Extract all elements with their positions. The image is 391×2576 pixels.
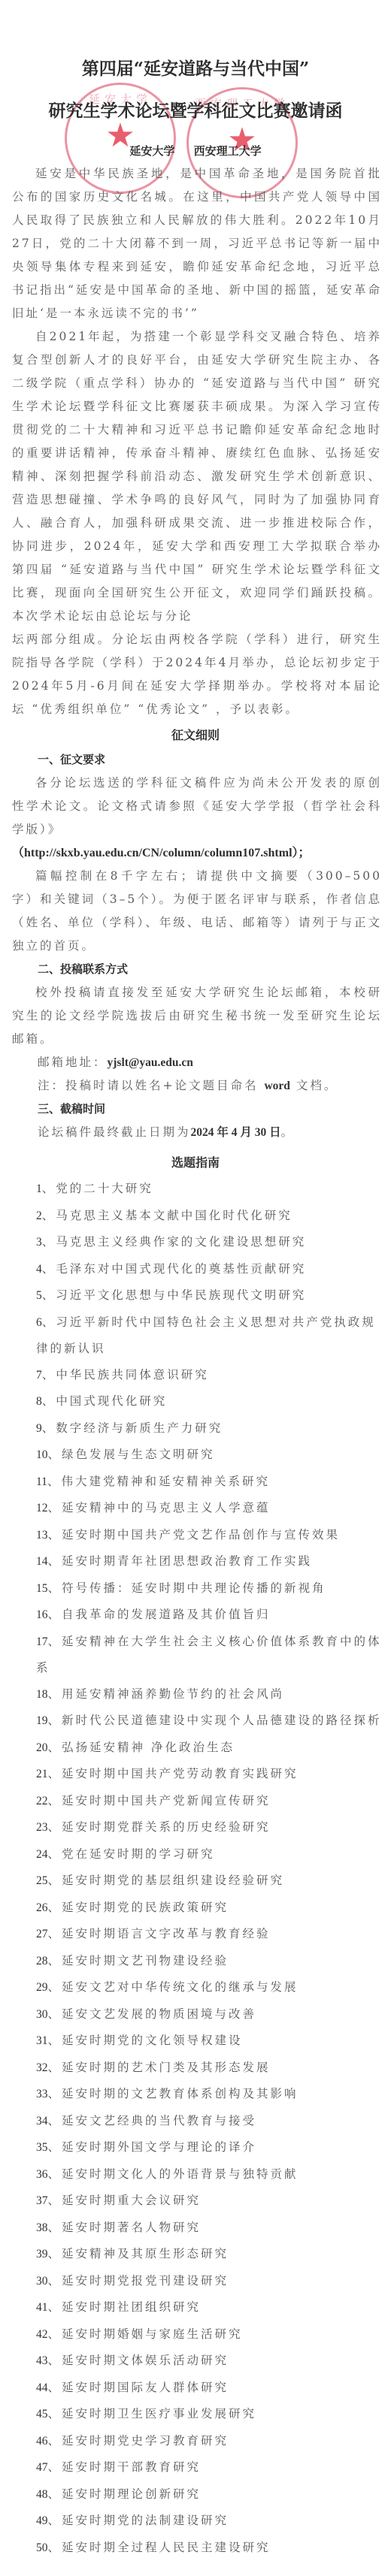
intro-paragraph-2: 自2021年起，为搭建一个彰显学科交叉融合特色、培养复合型创新人才的良好平台，由…: [0, 325, 391, 628]
topic-separator: 、: [48, 1980, 62, 1994]
topic-separator: 、: [42, 1182, 56, 1195]
topic-number: 43: [36, 2354, 48, 2367]
topic-text: 党在延安时期的学习研究: [62, 1847, 215, 1861]
topic-item: 44、延安时期国际友人群体研究: [0, 2375, 383, 2402]
note-word: word: [264, 1080, 289, 1092]
topic-number: 4: [36, 1263, 42, 1276]
topic-item: 34、延安文艺经典的当代教育与接受: [0, 2108, 383, 2135]
topic-text: 延安时期重大会议研究: [62, 2194, 201, 2207]
topic-text: 延安精神在大学生社会主义核心价值体系教育中的体系: [36, 1635, 382, 1675]
topic-item: 45、延安时期卫生医疗事业发展研究: [0, 2401, 383, 2428]
topic-item: 37、延安时期重大会议研究: [0, 2188, 383, 2215]
intro-paragraph-1: 延安是中华民族圣地，是中国革命圣地，是国务院首批公布的国家历史文化名城。在这里，…: [0, 162, 391, 325]
topic-item: 14、延安时期青年社团思想政治教育工作实践: [0, 1548, 383, 1575]
topic-separator: 、: [48, 1927, 62, 1940]
topic-text: 延安文艺对中华传统文化的继承与发展: [62, 1980, 299, 1994]
topic-text: 延安时期党的民族政策研究: [62, 1901, 229, 1914]
topic-number: 46: [36, 2435, 48, 2448]
topic-separator: 、: [42, 1394, 56, 1408]
organizer-xian-university-of-technology: 西安理工大学: [194, 144, 262, 158]
topic-text: 延安文艺经典的当代教育与接受: [62, 2114, 256, 2128]
document-title-line2: 研究生学术论坛暨学科征文比赛邀请函: [0, 99, 391, 123]
topic-number: 30: [36, 2008, 48, 2021]
topic-item: 11、伟大建党精神和延安精神关系研究: [0, 1469, 383, 1496]
topic-number: 50: [36, 2541, 48, 2554]
topic-item: 36、延安时期文化人的外语背景与独特贡献: [0, 2161, 383, 2188]
topic-separator: 、: [48, 2221, 62, 2234]
topic-text: 延安时期社团组织研究: [62, 2300, 201, 2314]
topic-text: 延安时期理论创新研究: [62, 2487, 201, 2501]
topic-number: 42: [36, 2328, 48, 2341]
topic-text: 延安文艺发展的物质困境与改善: [62, 2007, 256, 2021]
topic-text: 中华民族共同体意识研究: [56, 1368, 209, 1382]
topic-text: 延安时期中国共产党文艺作品创作与宣传效果: [62, 1528, 340, 1542]
topic-item: 3、马克思主义经典作家的文化建设思想研究: [0, 1229, 383, 1256]
topic-number: 24: [36, 1848, 48, 1861]
topic-separator: 、: [42, 1368, 56, 1382]
topic-separator: 、: [42, 1235, 56, 1249]
topic-number: 10: [36, 1448, 48, 1461]
section2-heading: 二、投稿联系方式: [0, 958, 391, 981]
top-margin: [0, 0, 391, 54]
topic-separator: 、: [48, 2541, 62, 2554]
topic-number: 25: [36, 1874, 48, 1887]
topic-separator: 、: [42, 1421, 56, 1435]
topic-separator: 、: [48, 2381, 62, 2394]
journal-format-link[interactable]: （http://skxb.yau.edu.cn/CN/column/column…: [0, 841, 391, 865]
topic-item: 12、延安精神中的马克思主义人学意蕴: [0, 1495, 383, 1522]
topic-text: 延安时期的文艺教育体系创构及其影响: [62, 2087, 299, 2100]
topic-number: 19: [36, 1714, 48, 1727]
topic-separator: 、: [48, 2274, 62, 2288]
topic-number: 41: [36, 2301, 48, 2314]
section1-paragraph-1: 各分论坛选送的学科征文稿件应为尚未公开发表的原创性学术论文。论文格式请参照《延安…: [0, 772, 391, 841]
topic-number: 3: [36, 1236, 42, 1249]
topic-text: 延安时期国际友人群体研究: [62, 2381, 229, 2394]
topic-number: 23: [36, 1821, 48, 1834]
topic-text: 延安精神中的马克思主义人学意蕴: [62, 1501, 271, 1514]
section3-heading: 三、截稿时间: [0, 1098, 391, 1121]
topic-item: 48、延安时期理论创新研究: [0, 2481, 383, 2508]
topic-text: 新时代公民道德建设中实现个人品德建设的路径探析: [62, 1714, 382, 1727]
topic-number: 18: [36, 1688, 48, 1701]
topic-separator: 、: [48, 2407, 62, 2420]
topic-number: 26: [36, 1901, 48, 1914]
topic-item: 50、延安时期全过程人民民主建设研究: [0, 2535, 383, 2562]
intro-paragraph-2-continued: 坛两部分组成。分论坛由两校各学院（学科）进行，研究生院指导各学院（学科）于202…: [0, 628, 391, 721]
topic-item: 33、延安时期的文艺教育体系创构及其影响: [0, 2081, 383, 2108]
topic-text: 延安时期党的文化领导权建设: [62, 2034, 243, 2047]
topic-separator: 、: [42, 1262, 56, 1276]
topic-separator: 、: [48, 1528, 62, 1542]
topic-item: 43、延安时期文体娱乐活动研究: [0, 2348, 383, 2375]
topic-text: 延安时期中国共产党新闻宣传研究: [62, 1794, 271, 1807]
topic-item: 29、延安文艺对中华传统文化的继承与发展: [0, 1974, 383, 2001]
topic-separator: 、: [42, 1209, 56, 1222]
topic-number: 22: [36, 1795, 48, 1807]
rules-title: 征文细则: [0, 724, 391, 747]
topic-separator: 、: [48, 2487, 62, 2501]
topic-separator: 、: [48, 2007, 62, 2021]
topic-number: 15: [36, 1582, 48, 1595]
topic-separator: 、: [48, 1554, 62, 1568]
topic-number: 17: [36, 1635, 48, 1648]
email-address-link[interactable]: yjslt@yau.edu.cn: [108, 1056, 193, 1069]
topic-item: 4、毛泽东对中国式现代化的奠基性贡献研究: [0, 1256, 383, 1283]
topic-number: 7: [36, 1369, 42, 1382]
topic-number: 28: [36, 1955, 48, 1967]
topic-text: 弘扬延安精神 净化政治生态: [62, 1741, 235, 1754]
topic-item: 13、延安时期中国共产党文艺作品创作与宣传效果: [0, 1522, 383, 1549]
topic-item: 41、延安时期社团组织研究: [0, 2294, 383, 2321]
topic-number: 31: [36, 2034, 48, 2047]
topic-text: 延安时期党报党刊建设研究: [62, 2274, 229, 2288]
topic-number: 29: [36, 1981, 48, 1994]
topic-item: 17、延安精神在大学生社会主义核心价值体系教育中的体系: [0, 1629, 383, 1681]
topic-text: 延安时期文艺刊物建设经验: [62, 1954, 229, 1967]
topic-item: 28、延安时期文艺刊物建设经验: [0, 1948, 383, 1975]
topic-text: 毛泽东对中国式现代化的奠基性贡献研究: [56, 1262, 306, 1276]
topic-text: 延安时期的艺术门类及其形态发展: [62, 2061, 271, 2074]
topic-separator: 、: [48, 1741, 62, 1754]
topic-separator: 、: [42, 1315, 56, 1329]
topic-item: 5、习近平文化思想与中华民族现代文明研究: [0, 1282, 383, 1309]
deadline-prefix: 论坛稿件最终截止日期为: [38, 1125, 191, 1139]
topic-text: 延安时期全过程人民民主建设研究: [62, 2541, 271, 2554]
section1-heading: 一、征文要求: [0, 748, 391, 772]
topic-separator: 、: [48, 2087, 62, 2100]
topic-text: 习近平新时代中国特色社会主义思想对共产党执政规律的新认识: [36, 1315, 376, 1356]
topic-item: 20、弘扬延安精神 净化政治生态: [0, 1735, 383, 1762]
topic-number: 1: [36, 1182, 42, 1195]
topic-number: 39: [36, 2248, 48, 2260]
topic-text: 延安时期党的基层组织建设经验研究: [62, 1874, 284, 1887]
topics-title: 选题指南: [0, 1152, 391, 1174]
deadline-line: 论坛稿件最终截止日期为2024 年 4 月 30 日。: [0, 1121, 391, 1144]
topic-number: 21: [36, 1768, 48, 1780]
topic-number: 2: [36, 1209, 42, 1222]
topic-number: 8: [36, 1395, 42, 1408]
topic-text: 延安时期党群关系的历史经验研究: [62, 1820, 271, 1834]
topic-separator: 、: [48, 1635, 62, 1648]
topic-item: 24、党在延安时期的学习研究: [0, 1841, 383, 1868]
topic-text: 延安时期婚姻与家庭生活研究: [62, 2327, 243, 2341]
topic-number: 27: [36, 1928, 48, 1940]
topic-number: 34: [36, 2115, 48, 2128]
topic-text: 自我革命的发展道路及其价值旨归: [62, 1608, 271, 1621]
topic-item: 39、延安精神及其原生形态研究: [0, 2241, 383, 2268]
topic-text: 延安精神及其原生形态研究: [62, 2247, 229, 2260]
topic-separator: 、: [48, 1608, 62, 1621]
organizer-yanan-university: 延安大学: [129, 144, 174, 158]
topic-separator: 、: [48, 1767, 62, 1780]
topic-separator: 、: [48, 2434, 62, 2448]
topic-separator: 、: [42, 1288, 56, 1302]
topic-separator: 、: [48, 2514, 62, 2527]
topic-text: 延安时期文体娱乐活动研究: [62, 2354, 229, 2367]
topic-separator: 、: [48, 2140, 62, 2154]
organizers: 延安大学 西安理工大学: [0, 143, 391, 159]
topic-separator: 、: [48, 1901, 62, 1914]
topic-item: 6、习近平新时代中国特色社会主义思想对共产党执政规律的新认识: [0, 1309, 383, 1362]
topic-text: 延安时期中国共产党劳动教育实践研究: [62, 1767, 299, 1780]
section2-paragraph-1: 校外投稿请直接发至延安大学研究生论坛邮箱，本校研究生的论文经学院选拔后由研究生秘…: [0, 981, 391, 1051]
topic-text: 中国式现代化研究: [56, 1394, 167, 1408]
topic-item: 26、延安时期党的民族政策研究: [0, 1895, 383, 1922]
topic-number: 48: [36, 2488, 48, 2501]
topic-text: 马克思主义经典作家的文化建设思想研究: [56, 1235, 306, 1249]
topic-text: 延安时期文化人的外语背景与独特贡献: [62, 2167, 299, 2181]
topic-text: 马克思主义基本文献中国化时代化研究: [56, 1209, 292, 1222]
topic-number: 11: [36, 1475, 47, 1488]
topic-text: 延安时期外国文学与理论的译介: [62, 2140, 256, 2154]
topic-separator: 、: [48, 1847, 62, 1861]
topic-separator: 、: [47, 1475, 62, 1488]
topic-item: 32、延安时期的艺术门类及其形态发展: [0, 2055, 383, 2082]
document-title-line1: 第四届“延安道路与当代中国”: [0, 57, 391, 81]
topic-separator: 、: [48, 1874, 62, 1887]
topic-text: 延安时期干部教育研究: [62, 2460, 201, 2474]
topic-text: 延安时期党的法制建设研究: [62, 2514, 229, 2527]
topic-separator: 、: [48, 1820, 62, 1834]
email-line: 邮箱地址：yjslt@yau.edu.cn: [0, 1051, 391, 1074]
topic-item: 30、延安文艺发展的物质困境与改善: [0, 2001, 383, 2028]
topic-number: 38: [36, 2221, 48, 2234]
topic-number: 5: [36, 1289, 42, 1302]
topic-separator: 、: [48, 1501, 62, 1514]
topic-item: 25、延安时期党的基层组织建设经验研究: [0, 1868, 383, 1895]
topic-item: 1、党的二十大研究: [0, 1176, 383, 1203]
topic-number: 30: [36, 2275, 48, 2288]
topic-item: 22、延安时期中国共产党新闻宣传研究: [0, 1788, 383, 1815]
email-label: 邮箱地址：: [38, 1055, 108, 1069]
topic-text: 符号传播：延安时期中共理论传播的新视角: [62, 1581, 326, 1595]
topic-separator: 、: [48, 2327, 62, 2341]
invitation-letter-page: 延安大学 ★ 西安理工大学 ★ 第四届“延安道路与当代中国” 研究生学术论坛暨学…: [0, 0, 391, 2576]
topic-item: 18、用延安精神涵养勤俭节约的社会风尚: [0, 1681, 383, 1708]
topic-text: 数字经济与新质生产力研究: [56, 1421, 223, 1435]
topic-item: 15、符号传播：延安时期中共理论传播的新视角: [0, 1575, 383, 1602]
topic-item: 21、延安时期中国共产党劳动教育实践研究: [0, 1761, 383, 1788]
note-prefix: 注：投稿时请以姓名+论文题目命名: [38, 1079, 259, 1092]
topic-number: 44: [36, 2381, 48, 2394]
topic-separator: 、: [48, 2114, 62, 2128]
topic-item: 47、延安时期干部教育研究: [0, 2454, 383, 2481]
topic-text: 延安时期卫生医疗事业发展研究: [62, 2407, 256, 2420]
topic-item: 49、延安时期党的法制建设研究: [0, 2508, 383, 2535]
topic-item: 10、绿色发展与生态文明研究: [0, 1442, 383, 1469]
topic-number: 6: [36, 1316, 42, 1329]
topic-separator: 、: [48, 1714, 62, 1727]
topics-list: 1、党的二十大研究2、马克思主义基本文献中国化时代化研究3、马克思主义经典作家的…: [0, 1176, 391, 2561]
topic-text: 习近平文化思想与中华民族现代文明研究: [56, 1288, 306, 1302]
topic-item: 30、延安时期党报党刊建设研究: [0, 2268, 383, 2295]
topic-text: 用延安精神涵养勤俭节约的社会风尚: [62, 1687, 284, 1701]
topic-number: 9: [36, 1422, 42, 1435]
deadline-suffix: 。: [281, 1125, 296, 1139]
note-suffix: 文档。: [296, 1079, 338, 1092]
topic-text: 党的二十大研究: [56, 1182, 153, 1195]
topic-text: 绿色发展与生态文明研究: [62, 1448, 215, 1461]
topic-separator: 、: [48, 1954, 62, 1967]
topic-text: 延安时期语言文字改革与教育经验: [62, 1927, 271, 1940]
topic-text: 延安时期青年社团思想政治教育工作实践: [62, 1554, 312, 1568]
topic-item: 35、延安时期外国文学与理论的译介: [0, 2134, 383, 2161]
topic-number: 36: [36, 2168, 48, 2181]
topic-item: 19、新时代公民道德建设中实现个人品德建设的路径探析: [0, 1708, 383, 1735]
topic-separator: 、: [48, 1687, 62, 1701]
topic-separator: 、: [48, 2034, 62, 2047]
topic-item: 9、数字经济与新质生产力研究: [0, 1415, 383, 1442]
topic-number: 14: [36, 1555, 48, 1568]
topic-number: 33: [36, 2088, 48, 2100]
topic-number: 20: [36, 1741, 48, 1754]
topic-item: 42、延安时期婚姻与家庭生活研究: [0, 2321, 383, 2348]
topic-item: 2、马克思主义基本文献中国化时代化研究: [0, 1203, 383, 1230]
topic-separator: 、: [48, 1794, 62, 1807]
topic-separator: 、: [48, 2194, 62, 2207]
topic-separator: 、: [48, 2460, 62, 2474]
topic-number: 32: [36, 2061, 48, 2074]
topic-number: 37: [36, 2194, 48, 2207]
topic-number: 49: [36, 2514, 48, 2527]
deadline-date: 2024 年 4 月 30 日: [191, 1126, 281, 1139]
topic-separator: 、: [48, 1581, 62, 1595]
section1-paragraph-2: 篇幅控制在8千字左右；请提供中文摘要（300–500字）和关键词（3–5个）。为…: [0, 865, 391, 958]
topic-item: 31、延安时期党的文化领导权建设: [0, 2028, 383, 2055]
topic-text: 伟大建党精神和延安精神关系研究: [61, 1475, 270, 1488]
topic-number: 16: [36, 1608, 48, 1621]
topic-item: 16、自我革命的发展道路及其价值旨归: [0, 1602, 383, 1629]
topic-text: 延安时期党史学习教育研究: [62, 2434, 229, 2448]
topic-item: 8、中国式现代化研究: [0, 1388, 383, 1415]
topic-item: 46、延安时期党史学习教育研究: [0, 2428, 383, 2455]
topic-item: 23、延安时期党群关系的历史经验研究: [0, 1814, 383, 1841]
topic-number: 13: [36, 1529, 48, 1542]
topic-separator: 、: [48, 2354, 62, 2367]
topic-item: 7、中华民族共同体意识研究: [0, 1362, 383, 1389]
topic-separator: 、: [48, 2167, 62, 2181]
topic-number: 45: [36, 2408, 48, 2420]
topic-number: 12: [36, 1502, 48, 1514]
topic-separator: 、: [48, 2061, 62, 2074]
topic-separator: 、: [48, 2247, 62, 2260]
topic-item: 27、延安时期语言文字改革与教育经验: [0, 1921, 383, 1948]
topic-separator: 、: [48, 1448, 62, 1461]
topic-text: 延安时期著名人物研究: [62, 2221, 201, 2234]
topic-number: 47: [36, 2461, 48, 2474]
submission-note: 注：投稿时请以姓名+论文题目命名 word 文档。: [0, 1074, 391, 1098]
topic-number: 35: [36, 2141, 48, 2154]
topic-item: 38、延安时期著名人物研究: [0, 2215, 383, 2242]
topic-separator: 、: [48, 2300, 62, 2314]
